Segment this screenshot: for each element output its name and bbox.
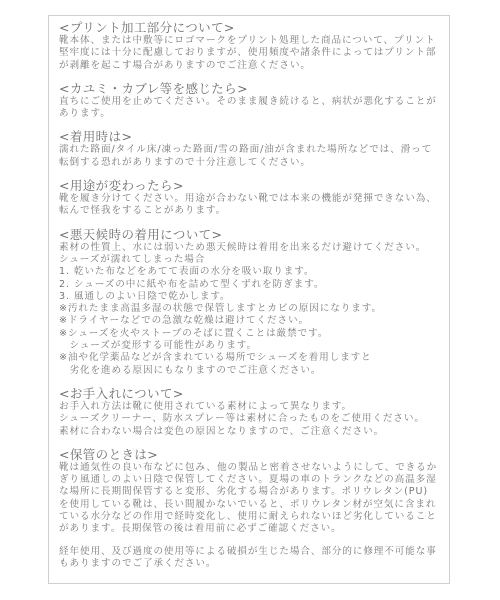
body-line: 濡れた路面/タイル床/凍った路面/雪の路面/油が含まれた場所などでは、滑って [59, 144, 441, 156]
body-line: 靴本体、または中敷等にロゴマークをプリント処理した商品について、プリント [59, 35, 441, 47]
body-line: 素材に合わない場合は変色の原因となりますので、ご注意ください。 [59, 426, 441, 438]
note-item: シューズが変形する可能性があります。 [59, 340, 441, 352]
body-line: 転んで怪我をすることがあります。 [59, 205, 441, 217]
body-line: ている水分などの作用で経時変化し、使用に耐えられないほど劣化していること [59, 511, 441, 523]
body-line: シューズが濡れてしまった場合 [59, 254, 441, 266]
list-item: 2. シューズの中に紙や布を詰めて型くずれを防ぎます。 [59, 279, 441, 291]
section-heading: <プリント加工部分について> [59, 21, 441, 35]
section-storage: <保管のときは> 靴は通気性の良い布などに包み、他の製品と密着させないようにして… [59, 448, 441, 536]
body-line: ぎり風通しのよい日陰で保管してください。夏場の車のトランクなどの高温多湿 [59, 474, 441, 486]
footer-disclaimer: 経年使用、及び過度の使用等による破損が生じた場合、部分的に修理不可能な事 もあり… [59, 546, 441, 571]
section-heading: <お手入れについて> [59, 387, 441, 401]
note-item: ※汚れたまま高温多湿の状態で保管しますとカビの原因になります。 [59, 303, 441, 315]
note-item: ※ドライヤーなどでの急激な乾燥は避けてください。 [59, 315, 441, 327]
section-bad-weather: <悪天候時の着用について> 素材の性質上、水には弱いため悪天候時は着用を出来るだ… [59, 228, 441, 377]
body-line: 靴を履き分けてください。用途が合わない靴では本来の機能が発揮できない為、 [59, 193, 441, 205]
body-line: な場所に長期間保管すると変形、劣化する場合があります。ポリウレタン(PU) [59, 486, 441, 498]
section-change-of-use: <用途が変わったら> 靴を履き分けてください。用途が合わない靴では本来の機能が発… [59, 179, 441, 218]
body-line: があります。長期保管の後は着用前に必ずご確認ください。 [59, 523, 441, 535]
body-line: 経年使用、及び過度の使用等による破損が生じた場合、部分的に修理不可能な事 [59, 546, 441, 558]
body-line: お手入れ方法は靴に使用されている素材によって異なります。 [59, 401, 441, 413]
section-heading: <保管のときは> [59, 448, 441, 462]
section-itching-rash: <カユミ・カブレ等を感じたら> 直ちにご使用を止めてください。そのまま履き続ける… [59, 82, 441, 121]
body-line: 堅牢度には十分に配慮しておりますが、使用頻度や諸条件によってはプリント部 [59, 47, 441, 59]
section-heading: <用途が変わったら> [59, 179, 441, 193]
care-instructions-card: <プリント加工部分について> 靴本体、または中敷等にロゴマークをプリント処理した… [48, 15, 450, 584]
body-line: あります。 [59, 108, 441, 120]
section-heading: <悪天候時の着用について> [59, 228, 441, 242]
section-print-processing: <プリント加工部分について> 靴本体、または中敷等にロゴマークをプリント処理した… [59, 21, 441, 72]
section-heading: <着用時は> [59, 130, 441, 144]
body-line: 素材の性質上、水には弱いため悪天候時は着用を出来るだけ避けてください。 [59, 242, 441, 254]
body-line: 直ちにご使用を止めてください。そのまま履き続けると、病状が悪化することが [59, 96, 441, 108]
list-item: 3. 風通しのよい日陰で乾かします。 [59, 291, 441, 303]
section-care: <お手入れについて> お手入れ方法は靴に使用されている素材によって異なります。 … [59, 387, 441, 438]
section-heading: <カユミ・カブレ等を感じたら> [59, 82, 441, 96]
body-line: が剥離を起こす場合がありますのでご注意ください。 [59, 60, 441, 72]
note-item: 劣化を進める原因にもなりますのでご注意ください。 [59, 365, 441, 377]
body-line: 靴は通気性の良い布などに包み、他の製品と密着させないようにして、できるか [59, 462, 441, 474]
list-item: 1. 乾いた布などをあてて表面の水分を吸い取ります。 [59, 266, 441, 278]
section-when-wearing: <着用時は> 濡れた路面/タイル床/凍った路面/雪の路面/油が含まれた場所などで… [59, 130, 441, 169]
body-line: もありますのでご了承ください。 [59, 558, 441, 570]
note-item: ※油や化学薬品などが含まれている場所でシューズを着用しますと [59, 352, 441, 364]
body-line: を使用している靴は、長い間履かないでいると、ポリウレタン材が空気に含まれ [59, 499, 441, 511]
body-line: シューズクリーナー、防水スプレー等は素材に合ったものをご使用ください。 [59, 413, 441, 425]
note-item: ※シューズを火やストーブのそばに置くことは厳禁です。 [59, 328, 441, 340]
body-line: 転倒する恐れがありますので十分注意してください。 [59, 157, 441, 169]
